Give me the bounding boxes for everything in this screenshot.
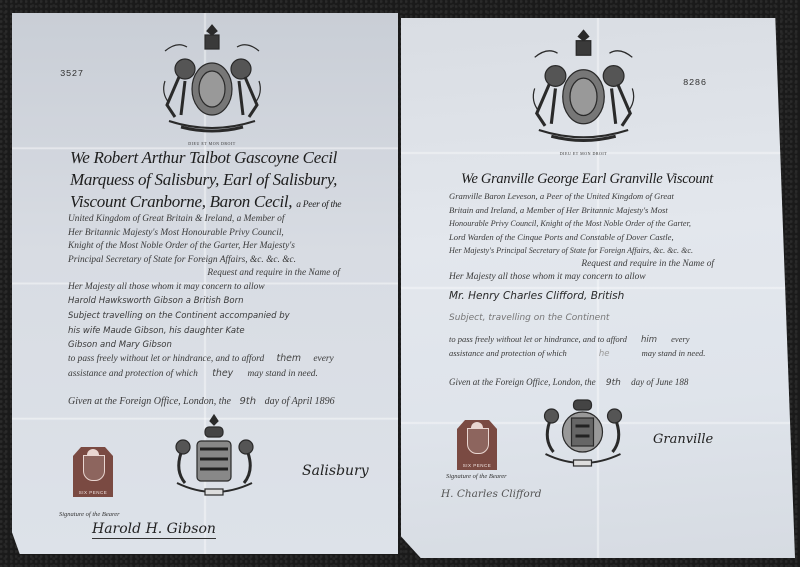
issuer-heading: We Robert Arthur Talbot Gascoyne Cecil M… [70,147,341,216]
pronoun-hand: he [599,349,610,359]
royal-coat-of-arms-icon: DIEU ET MON DROIT [516,22,651,156]
pass-text: assistance and protection of which [449,348,567,358]
bearer-line: Mr. Henry Charles Clifford, British [449,285,714,307]
stamp-value: SIX PENCE [463,463,492,468]
title-line: Knight of the Most Noble Order of the Ga… [68,240,340,254]
bearer-signature: H. Charles Clifford [441,488,541,500]
foreign-office-arms-icon [533,396,633,476]
pass-line: to pass freely without let or hindrance,… [449,333,714,348]
pass-line: assistance and protection of which they … [68,367,340,382]
pass-line: to pass freely without let or hindrance,… [68,352,340,367]
heading-line: We Granville George Earl Granville Visco… [461,168,713,190]
pass-text: to pass freely without let or hindrance,… [449,334,627,344]
issuer-titles: United Kingdom of Great Britain & Irelan… [68,213,340,409]
motto: DIEU ET MON DROIT [560,151,607,156]
pronoun-hand: him [641,335,657,345]
passport-salisbury-1896: 3527 DIEU ET MON DROIT We Robert Arthur [12,13,398,554]
request-line: Request and require in the Name of [68,267,340,281]
date-day: 9th [606,378,621,388]
request-line: Request and require in the Name of [449,258,714,272]
request-line: Her Majesty all those whom it may concer… [68,281,340,295]
secretary-signature: Salisbury [302,463,369,479]
title-line: Her Majesty's Principal Secretary of Sta… [449,244,714,258]
bearer-line: Gibson and Mary Gibson [68,339,340,352]
date-rest: day of June 188 [631,377,688,387]
request-line: Her Majesty all those whom it may concer… [449,271,714,285]
motto: DIEU ET MON DROIT [188,141,235,146]
title-line: Granville Baron Leveson, a Peer of the U… [449,190,714,204]
signature-label: Signature of the Bearer [59,511,120,518]
title-line: Honourable Privy Council, Knight of the … [449,217,714,231]
bearer-line: Harold Hawksworth Gibson a British Born [68,294,340,309]
pass-line: assistance and protection of which he ma… [449,347,714,362]
pass-text: may stand in need. [247,369,317,379]
bearer-line: Subject travelling on the Continent acco… [68,309,340,324]
heading-line: We Robert Arthur Talbot Gascoyne Cecil [70,147,341,169]
title-line: Lord Warden of the Cinque Ports and Cons… [449,231,714,245]
royal-coat-of-arms-icon: DIEU ET MON DROIT [147,17,277,146]
secretary-signature: Granville [653,432,713,447]
title-line: Her Britannic Majesty's Most Honourable … [68,227,340,241]
shield-icon [467,428,489,454]
six-pence-revenue-stamp: SIX PENCE [457,420,497,470]
serial-number: 3527 [60,69,84,79]
pass-text: assistance and protection of which [68,369,198,379]
title-line: Principal Secretary of State for Foreign… [68,254,340,268]
pass-text: to pass freely without let or hindrance,… [68,354,264,364]
bearer-line: Subject, travelling on the Continent [449,307,714,329]
heading-line: Viscount Cranborne, Baron Cecil, [70,191,292,213]
issuer-heading: We Granville George Earl Granville Visco… [461,168,713,190]
foreign-office-arms-icon [167,413,262,503]
given-at-text: Given at the Foreign Office, London, the [68,396,231,407]
title-line: Britain and Ireland, a Member of Her Bri… [449,204,714,218]
bearer-signature: Harold H. Gibson [92,521,216,539]
shield-icon [83,455,105,481]
pass-text: every [313,354,333,364]
date-day: 9th [239,396,256,407]
given-at-line: Given at the Foreign Office, London, the… [449,376,714,391]
six-pence-revenue-stamp: SIX PENCE [73,447,113,497]
passport-granville-188x: 8286 DIEU ET MON DROIT We Granville Geor [401,18,795,558]
stamp-value: SIX PENCE [79,490,108,495]
pass-text: every [671,334,689,344]
pass-text: may stand in need. [642,348,706,358]
date-rest: day of April 1896 [265,396,335,407]
serial-number: 8286 [683,78,707,88]
title-line: United Kingdom of Great Britain & Irelan… [68,213,340,227]
given-at-text: Given at the Foreign Office, London, the [449,377,596,387]
bearer-line: his wife Maude Gibson, his daughter Kate [68,324,340,339]
given-at-line: Given at the Foreign Office, London, the… [68,395,340,409]
signature-label: Signature of the Bearer [446,473,507,480]
pronoun-hand: them [277,353,302,364]
issuer-titles: Granville Baron Leveson, a Peer of the U… [449,190,714,390]
heading-line: Marquess of Salisbury, Earl of Salisbury… [70,169,341,191]
pronoun-hand: they [212,368,233,379]
